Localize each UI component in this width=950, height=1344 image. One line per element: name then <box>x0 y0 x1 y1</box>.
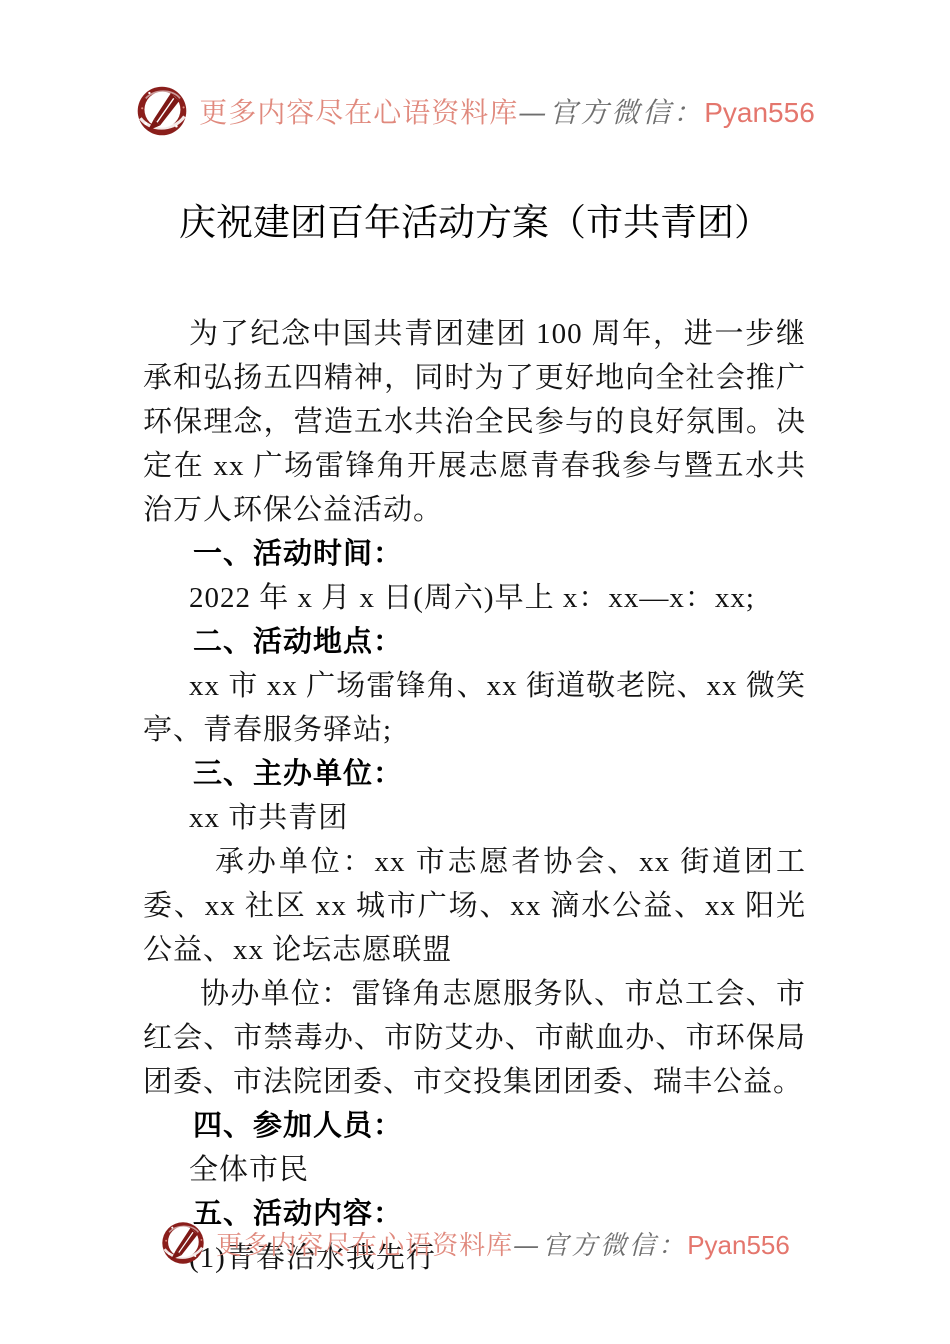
watermark-wechat-id: Pyan556 <box>704 97 815 128</box>
watermark-brand-text: 更多内容尽在心语资料库 <box>216 1231 513 1260</box>
footer-watermark: 更多内容尽在心语资料库—官方微信：Pyan556 <box>0 1220 950 1266</box>
pen-swirl-logo-icon <box>135 84 189 138</box>
paragraph-intro: 为了纪念中国共青团建团 100 周年，进一步继承和弘扬五四精神，同时为了更好地向… <box>143 312 806 532</box>
paragraph-participants: 全体市民 <box>143 1148 806 1192</box>
page-title: 庆祝建团百年活动方案（市共青团） <box>0 192 950 246</box>
watermark-brand-text: 更多内容尽在心语资料库 <box>199 98 518 129</box>
paragraph-host-unit: xx 市共青团 <box>143 796 806 840</box>
document-body: 为了纪念中国共青团建团 100 周年，进一步继承和弘扬五四精神，同时为了更好地向… <box>143 312 806 1280</box>
header-watermark: 更多内容尽在心语资料库—官方微信：Pyan556 <box>0 0 950 138</box>
watermark-wechat-label: —官方微信： <box>518 96 704 129</box>
heading-host-unit: 三、主办单位： <box>143 752 806 796</box>
document-page: 更多内容尽在心语资料库—官方微信：Pyan556 庆祝建团百年活动方案（市共青团… <box>0 0 950 1344</box>
footer-watermark-text: 更多内容尽在心语资料库—官方微信：Pyan556 <box>216 1225 790 1262</box>
paragraph-co-organizers: 协办单位：雷锋角志愿服务队、市总工会、市红会、市禁毒办、市防艾办、市献血办、市环… <box>143 972 806 1104</box>
pen-swirl-logo-icon <box>160 1220 206 1266</box>
paragraph-activity-time: 2022 年 x 月 x 日(周六)早上 x：xx—x：xx; <box>143 576 806 620</box>
watermark-wechat-id: Pyan556 <box>687 1230 790 1260</box>
watermark-wechat-label: —官方微信： <box>513 1231 687 1261</box>
paragraph-organizer-units: 承办单位：xx 市志愿者协会、xx 街道团工委、xx 社区 xx 城市广场、xx… <box>143 840 806 972</box>
heading-participants: 四、参加人员： <box>143 1104 806 1148</box>
paragraph-activity-place: xx 市 xx 广场雷锋角、xx 街道敬老院、xx 微笑亭、青春服务驿站; <box>143 664 806 752</box>
heading-activity-time: 一、活动时间： <box>143 532 806 576</box>
heading-activity-place: 二、活动地点： <box>143 620 806 664</box>
header-watermark-text: 更多内容尽在心语资料库—官方微信：Pyan556 <box>199 91 815 131</box>
